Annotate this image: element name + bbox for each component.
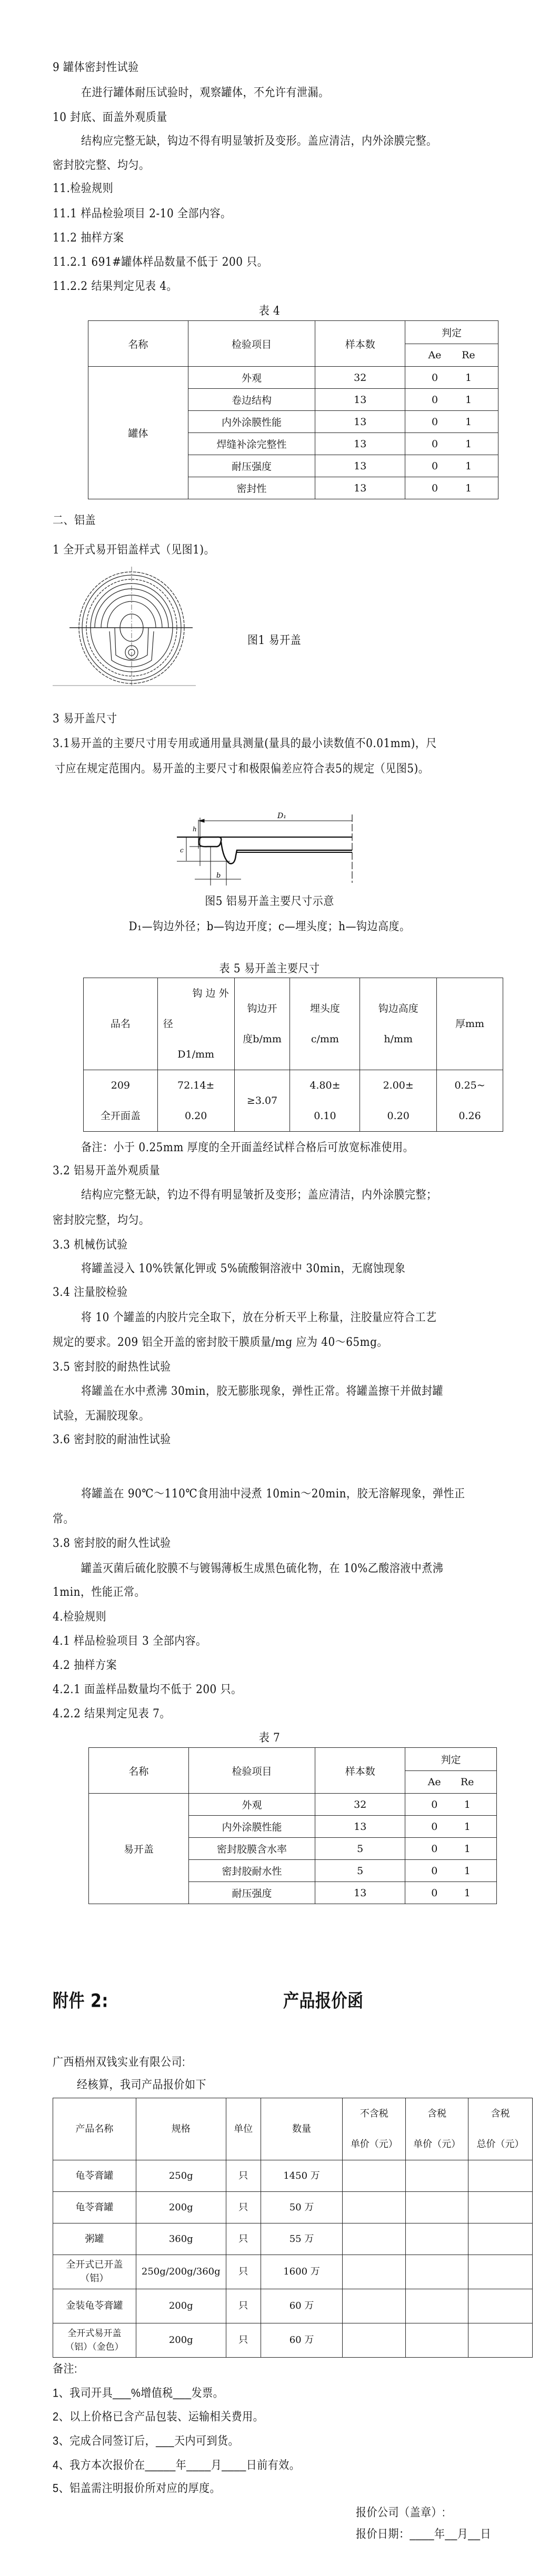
section-4-title: 4.检验规则 — [53, 1608, 106, 1624]
section-10-body: 结构应完整无缺，钩边不得有明显皱折及变形。盖应清洁，内外涂膜完整。 — [81, 132, 437, 148]
easy-open-lid-drawing-icon — [53, 566, 196, 687]
table-row: 龟苓膏罐250g只1450 万 — [53, 2160, 533, 2192]
header-item: 检验项目 — [188, 321, 315, 367]
section-4-2: 4.2 抽样方案 — [53, 1656, 117, 1673]
section-3-5-title: 3.5 密封胶的耐热性试验 — [53, 1358, 171, 1374]
signature-date: 报价日期：____年__月__日 — [356, 2526, 491, 2542]
section-3-6-body: 将罐盖在 90℃～110℃食用油中浸煮 10min～20min，胶无溶解现象，弹… — [81, 1485, 465, 1501]
price-inc-tax-cell[interactable] — [406, 2192, 468, 2223]
table-5-caption: 表 5 易开盖主要尺寸 — [0, 960, 539, 976]
total-cell[interactable] — [468, 2160, 533, 2192]
price-ex-tax-cell[interactable] — [343, 2289, 406, 2323]
section-3-6-body-cont: 常。 — [53, 1510, 74, 1526]
note-2: 2、以上价格已含产品包装、运输相关费用。 — [53, 2409, 264, 2425]
section-4-2-2: 4.2.2 结果判定见表 7。 — [53, 1705, 171, 1721]
header-opening: 钩边开度b/mm — [234, 978, 290, 1070]
quote-title: 产品报价函 — [283, 1993, 364, 2010]
svg-text:c: c — [180, 847, 184, 854]
svg-text:D₁: D₁ — [277, 812, 286, 820]
note-5: 5、铝盖需注明报价所对应的厚度。 — [53, 2480, 221, 2497]
svg-text:b: b — [216, 872, 221, 880]
total-cell[interactable] — [468, 2255, 533, 2289]
lid-dimension-drawing-icon: D₁ h c b — [169, 809, 359, 886]
table-5: 品名 钩 边 外径D1/mm 钩边开度b/mm 埋头度c/mm 钩边高度h/mm… — [83, 978, 503, 1132]
price-inc-tax-cell[interactable] — [406, 2160, 468, 2192]
addressee: 广西梧州双钱实业有限公司: — [53, 2054, 185, 2070]
section-3-title: 3 易开盖尺寸 — [53, 710, 117, 726]
section-4-1: 4.1 样品检验项目 3 全部内容。 — [53, 1632, 207, 1648]
section-3-2-title: 3.2 铝易开盖外观质量 — [53, 1162, 160, 1178]
section-9-body: 在进行罐体耐压试验时，观察罐体，不允许有泄漏。 — [81, 84, 330, 100]
header-spec: 规格 — [136, 2098, 226, 2160]
header-ae-re: AeRe — [405, 344, 498, 367]
part-2-title: 二、铝盖 — [53, 511, 96, 528]
header-ae-re: AeRe — [405, 1770, 497, 1794]
table-row: 全开式易开盖（铝）（金色）200g只60 万 — [53, 2323, 533, 2358]
header-name: 名称 — [89, 1748, 189, 1794]
section-3-2-body-cont: 密封胶完整，均匀。 — [53, 1211, 150, 1227]
header-countersink: 埋头度c/mm — [290, 978, 360, 1070]
section-11-title: 11.检验规则 — [53, 179, 113, 196]
group-name: 罐体 — [88, 367, 188, 499]
table-row: 金装龟苓膏罐200g只60 万 — [53, 2289, 533, 2323]
svg-text:h: h — [193, 826, 197, 833]
table-row: 209全开面盖 72.14±0.20 ≥3.07 4.80±0.10 2.00±… — [84, 1070, 503, 1132]
quote-intro: 经核算，我司产品报价如下 — [77, 2077, 206, 2093]
section-3-2-body: 结构应完整无缺，钓边不得有明显皱折及变形；盖应清洁，内外涂膜完整； — [81, 1186, 437, 1202]
price-inc-tax-cell[interactable] — [406, 2223, 468, 2255]
section-3-1-line2: 寸应在规定范围内。易开盖的主要尺寸和极限偏差应符合表5的规定（见图5)。 — [55, 760, 429, 776]
header-qty: 数量 — [261, 2098, 343, 2160]
section-3-4-body-cont: 规定的要求。209 铝全开盖的密封胶干膜质量/mg 应为 40～65mg。 — [53, 1333, 388, 1350]
header-item: 检验项目 — [188, 1748, 315, 1794]
part-2-item-1: 1 全开式易开铝盖样式（见图1)。 — [53, 541, 215, 557]
price-ex-tax-cell[interactable] — [343, 2160, 406, 2192]
section-10-body-cont: 密封胶完整、均匀。 — [53, 156, 150, 173]
section-3-8-body-cont: 1min，性能正常。 — [53, 1583, 145, 1599]
section-11-2-2: 11.2.2 结果判定见表 4。 — [53, 277, 177, 294]
section-3-6-title: 3.6 密封胶的耐油性试验 — [53, 1431, 171, 1447]
table-4-caption: 表 4 — [0, 302, 539, 318]
section-3-8-body: 罐盖灭菌后硫化胶膜不与镀锡薄板生成黑色硫化物，在 10%乙酸溶液中煮沸 — [81, 1559, 443, 1576]
group-name: 易开盖 — [89, 1794, 189, 1904]
attachment-label: 附件 2: — [53, 1993, 108, 2010]
table-row: 易开盖 外观32 01 — [89, 1794, 497, 1816]
table-row: 龟苓膏罐200g只50 万 — [53, 2192, 533, 2223]
table-7: 名称 检验项目 样本数 判定 AeRe 易开盖 外观32 01 内外涂膜性能13… — [88, 1747, 497, 1904]
table-row: 全开式已开盖（铝）250g/200g/360g只1600 万 — [53, 2255, 533, 2289]
section-10-title: 10 封底、面盖外观质量 — [53, 108, 167, 125]
header-total-inc-tax: 含税总价（元） — [468, 2098, 533, 2160]
section-3-4-body: 将 10 个罐盖的内胶片完全取下，放在分析天平上称量，注胶量应符合工艺 — [81, 1309, 437, 1325]
price-inc-tax-cell[interactable] — [406, 2289, 468, 2323]
price-ex-tax-cell[interactable] — [343, 2323, 406, 2358]
signature-company: 报价公司（盖章）: — [356, 2504, 445, 2521]
table-row: 粥罐360g只55 万 — [53, 2223, 533, 2255]
total-cell[interactable] — [468, 2289, 533, 2323]
section-4-2-1: 4.2.1 面盖样品数量均不低于 200 只。 — [53, 1681, 242, 1697]
section-3-1-line1: 3.1易开盖的主要尺寸用专用或通用量具测量(量具的最小读数值不0.01mm)，尺 — [53, 734, 437, 751]
notes-title: 备注: — [53, 2361, 77, 2377]
header-judge: 判定 — [405, 321, 498, 344]
header-name: 名称 — [88, 321, 188, 367]
header-samples: 样本数 — [315, 1748, 405, 1794]
section-11-1: 11.1 样品检验项目 2-10 全部内容。 — [53, 205, 232, 221]
section-3-5-body: 将罐盖在水中煮沸 30min，胶无膨胀现象，弹性正常。将罐盖擦干并做封罐 — [81, 1382, 443, 1398]
section-11-2-1: 11.2.1 691#罐体样品数量不低于 200 只。 — [53, 253, 268, 269]
total-cell[interactable] — [468, 2192, 533, 2223]
section-3-3-body: 将罐盖浸入 10%铁氰化钾或 5%硫酸铜溶液中 30min，无腐蚀现象 — [81, 1260, 405, 1276]
price-ex-tax-cell[interactable] — [343, 2223, 406, 2255]
price-ex-tax-cell[interactable] — [343, 2192, 406, 2223]
note-1: 1、我司开具___%增值税___发票。 — [53, 2385, 224, 2401]
table-4: 名称 检验项目 样本数 判定 AeRe 罐体 外观32 01 卷边结构1301 … — [88, 320, 498, 499]
header-price-ex-tax: 不含税单价（元） — [343, 2098, 406, 2160]
section-3-4-title: 3.4 注量胶检验 — [53, 1283, 128, 1300]
header-hook-height: 钩边高度h/mm — [360, 978, 437, 1070]
section-3-5-body-cont: 试验，无漏胶现象。 — [53, 1407, 150, 1423]
total-cell[interactable] — [468, 2323, 533, 2358]
table-row: 罐体 外观32 01 — [88, 367, 498, 389]
quote-table: 产品名称 规格 单位 数量 不含税单价（元） 含税单价（元） 含税总价（元） 龟… — [53, 2098, 533, 2358]
header-product: 品名 — [84, 978, 158, 1070]
figure-1-caption: 图1 易开盖 — [247, 631, 301, 648]
note-3: 3、完成合同签订后，___天内可到货。 — [53, 2433, 239, 2449]
header-thickness: 厚mm — [437, 978, 503, 1070]
price-inc-tax-cell[interactable] — [406, 2323, 468, 2358]
section-11-2: 11.2 抽样方案 — [53, 229, 124, 245]
section-9-title: 9 罐体密封性试验 — [53, 58, 139, 75]
header-outer-diameter: 钩 边 外径D1/mm — [157, 978, 234, 1070]
header-judge: 判定 — [405, 1748, 497, 1771]
note-4: 4、我方本次报价在_____年____月____日前有效。 — [53, 2457, 300, 2473]
section-3-8-title: 3.8 密封胶的耐久性试验 — [53, 1534, 171, 1551]
header-price-inc-tax: 含税单价（元） — [406, 2098, 468, 2160]
header-product-name: 产品名称 — [53, 2098, 136, 2160]
header-samples: 样本数 — [315, 321, 405, 367]
price-inc-tax-cell[interactable] — [406, 2255, 468, 2289]
total-cell[interactable] — [468, 2223, 533, 2255]
price-ex-tax-cell[interactable] — [343, 2255, 406, 2289]
figure-5-caption: 图5 铝易开盖主要尺寸示意 — [0, 892, 539, 909]
section-3-3-title: 3.3 机械伤试验 — [53, 1236, 128, 1252]
table-5-note: 备注：小于 0.25mm 厚度的全开面盖经试样合格后可放宽标准使用。 — [81, 1139, 414, 1155]
table-7-caption: 表 7 — [0, 1729, 539, 1745]
figure-5-legend: D₁—钩边外径；b—钩边开度；c—埋头度；h—钩边高度。 — [0, 918, 539, 934]
header-unit: 单位 — [226, 2098, 261, 2160]
